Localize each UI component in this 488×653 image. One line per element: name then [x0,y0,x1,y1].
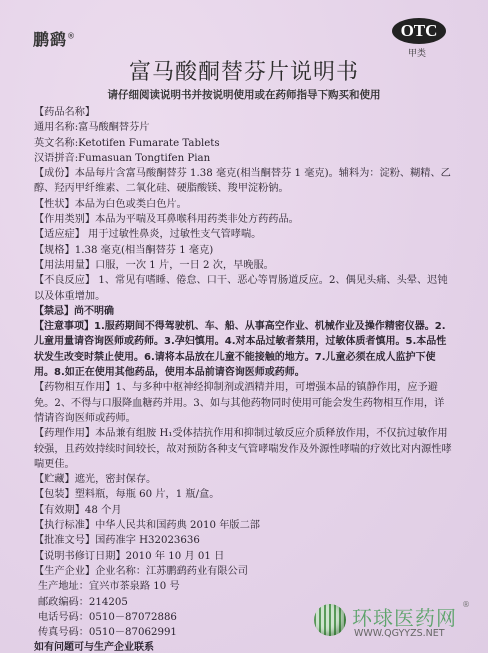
registered-mark: ® [67,32,76,41]
name-heading: 【药品名称】 [34,105,454,120]
standard: 【执行标准】中华人民共和国药典 2010 年版二部 [34,518,454,533]
precautions: 【注意事项】1.服药期间不得驾驶机、车、船、从事高空作业、机械作业及操作精密仪器… [34,319,454,380]
globe-icon [314,604,346,636]
drug-leaflet: 鹏鹞® OTC 甲类 富马酸酮替芬片说明书 请仔细阅读说明书并按说明使用或在药师… [0,0,488,653]
revision-date: 【说明书修订日期】2010 年 10 月 01 日 [34,549,454,564]
composition: 【成份】本品每片含富马酸酮替芬 1.38 毫克(相当酮替芬 1 毫克)。辅料为：… [34,166,454,197]
pharmacology: 【药理作用】本品兼有组胺 H₁受体拮抗作用和抑制过敏反应介质释放作用，不仅抗过敏… [34,426,454,472]
shelf-life: 【有效期】48 个月 [34,503,454,518]
watermark-url: WWW.QGYYZS.NET [354,628,445,639]
approval-number: 【批准文号】国药准字 H32023636 [34,533,454,548]
adverse-reactions: 【不良反应】 1、常见有嗜睡、倦怠、口干、恶心等胃肠道反应。2、偶见头痛、头晕、… [34,273,454,304]
description: 【性状】本品为白色或类白色片。 [34,197,454,212]
dosage: 【用法用量】口服，一次 1 片，一日 2 次，早晚服。 [34,258,454,273]
package: 【包装】塑料瓶，每瓶 60 片，1 瓶/盒。 [34,487,454,502]
manufacturer: 【生产企业】企业名称：江苏鹏鹞药业有限公司 [34,564,454,579]
watermark-registered-mark: ® [462,600,470,609]
leaflet-content: 【药品名称】 通用名称:富马酸酮替芬片 英文名称:Ketotifen Fumar… [34,105,454,653]
page-title: 富马酸酮替芬片说明书 [0,55,488,86]
otc-badge: OTC [392,18,446,44]
page-subtitle: 请仔细阅读说明书并按说明使用或在药师指导下购买和使用 [0,87,488,102]
generic-name: 通用名称:富马酸酮替芬片 [34,120,454,135]
contact-note: 如有问题可与生产企业联系 [34,640,454,653]
pinyin-name: 汉语拼音:Fumasuan Tongtifen Pian [34,151,454,166]
english-name: 英文名称:Ketotifen Fumarate Tablets [34,136,454,151]
category: 【作用类别】本品为平喘及耳鼻喉科用药类非处方药药品。 [34,212,454,227]
brand-name: 鹏鹞 [33,30,67,49]
address: 生产地址：宜兴市茶泉路 10 号 [34,579,454,594]
watermark-logo: 环球医药网 ® WWW.QGYYZS.NET [314,602,474,642]
storage: 【贮藏】遮光，密封保存。 [34,472,454,487]
contraindications: 【禁忌】尚不明确 [34,304,454,319]
indications: 【适应症】 用于过敏性鼻炎，过敏性支气管哮喘。 [34,227,454,242]
interactions: 【药物相互作用】1、与多种中枢神经抑制剂或酒精并用，可增强本品的镇静作用，应予避… [34,380,454,426]
brand-logo: 鹏鹞® [33,27,76,50]
watermark-name: 环球医药网 [352,602,457,631]
specification: 【规格】1.38 毫克(相当酮替芬 1 毫克) [34,243,454,258]
